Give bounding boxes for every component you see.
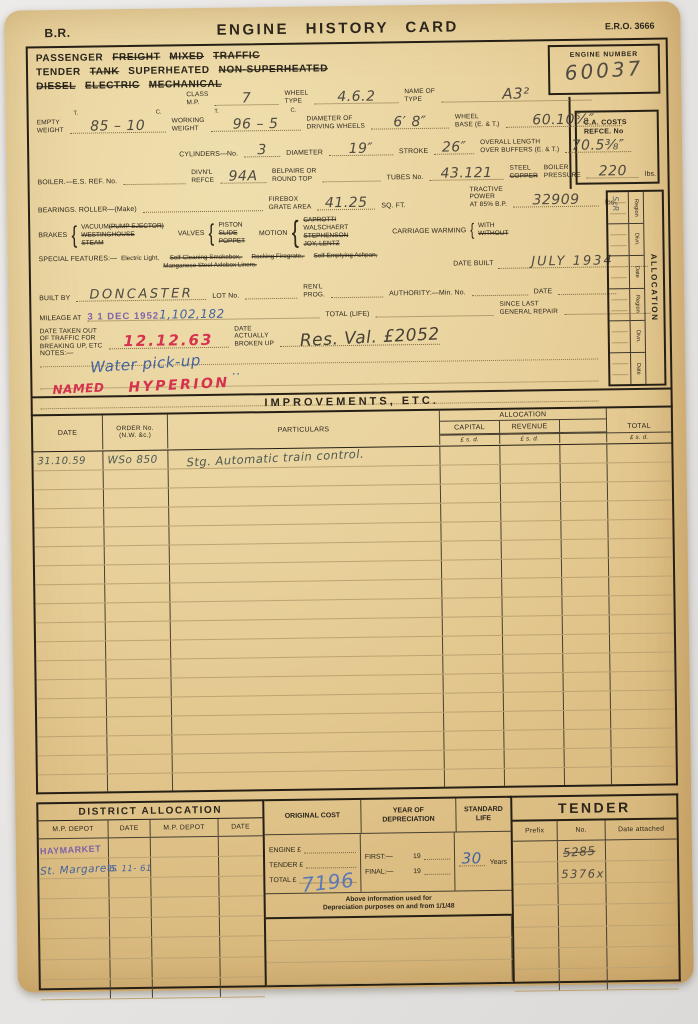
option-word: STEAM: [81, 239, 104, 247]
option-word: TENDER: [36, 67, 81, 79]
option-word: JOY, LENTZ: [304, 240, 340, 248]
engine-history-card: B.R. ENGINE HISTORY CARD E.R.O. 3666 PAS…: [4, 1, 694, 992]
named-label: NAMED: [52, 381, 105, 398]
allocation-strip: ScR Region Divn. Date Region Divn. Date …: [606, 190, 667, 387]
allocation-title: ALLOCATION: [644, 192, 665, 384]
improvements-title: IMPROVEMENTS, ETC.: [264, 395, 439, 409]
ditto-mark: ..: [232, 363, 241, 377]
option-word: MIXED: [169, 51, 204, 62]
option-word: Self-Cleaning Smokebox,: [170, 253, 243, 261]
total-life-field: [375, 301, 493, 318]
divnl-refce-field: 94A: [220, 168, 266, 184]
option-word: TANK: [90, 66, 120, 77]
option-word: Manganese Steel Axlebox Liners.: [163, 261, 257, 269]
water-pickup-note: Water pick-up: [90, 351, 202, 376]
tender-no-cell: 5376x: [558, 862, 606, 883]
cost-rules: [266, 916, 513, 985]
cost-depreciation-block: ORIGINAL COST YEAR OF DEPRECIATION STAND…: [264, 796, 515, 987]
date-stamp: 3 1 DEC 1952: [87, 311, 159, 323]
diameter-field: 19″: [329, 140, 393, 156]
motion-group: MOTION { CAPROTTI WALSCHAERT STEPHENSON …: [259, 216, 349, 248]
form-reference: E.R.O. 3666: [605, 21, 655, 32]
lsd-header: £ s. d.: [607, 431, 671, 442]
final-year-field: [424, 864, 450, 874]
original-cost-column: ENGINE £ TENDER £ TOTAL £ 7196: [265, 834, 362, 893]
tubes-field: 43.121: [429, 165, 503, 181]
allocation-divn-cell: [608, 224, 628, 256]
allocation-date-cell: [609, 256, 629, 288]
option-word: FREIGHT: [112, 52, 160, 64]
col-header-date: DATE: [33, 415, 103, 450]
tender-title: TENDER: [512, 795, 676, 821]
bottom-section: DISTRICT ALLOCATION M.P. DEPOT DATE M.P.…: [36, 793, 681, 990]
belpaire-field: [322, 167, 380, 183]
brace: {: [71, 226, 77, 245]
option-word: POPPET: [219, 237, 245, 245]
allocation-cells: ScR: [608, 192, 632, 384]
overall-length-field: 70.5⅜″: [565, 137, 631, 153]
notes-rule: [40, 381, 598, 390]
brakes-group: BRAKES { VACUUM (PUMP EJECTOR) WESTINGHO…: [38, 223, 164, 248]
col-header-revenue: REVENUE: [500, 420, 560, 434]
grate-area-field: 41.25: [317, 195, 375, 211]
scanned-engine-history-card-page: { "header": {"br": "B.R.", "title": "ENG…: [0, 0, 698, 1024]
brace: {: [470, 223, 474, 237]
wheel-base-field: 60.10⅝″: [505, 111, 621, 128]
driving-wheels-field: 6′ 8″: [371, 114, 449, 130]
tender-row: 5376x: [513, 861, 677, 885]
empty-row: [514, 946, 678, 970]
working-weight-field: T.C. 96 – 5: [210, 116, 300, 132]
col-header-total: TOTAL: [607, 407, 671, 432]
option-word: DIESEL: [36, 81, 76, 93]
steel-copper-label: STEELCOPPER: [509, 165, 538, 180]
equipment-row: BRAKES { VACUUM (PUMP EJECTOR) WESTINGHO…: [38, 212, 509, 255]
total-cost-value: 7196: [300, 868, 355, 897]
cost-content: ENGINE £ TENDER £ TOTAL £ 7196 FIRST:—19…: [265, 832, 512, 894]
district-rows: HAYMARKET St. Margarets 6. 11- 61: [39, 836, 265, 1000]
boiler-ref-field: [123, 169, 185, 185]
built-by-field: DONCASTER: [76, 285, 206, 302]
empty-row: [513, 882, 677, 906]
name-of-type-field: A3²: [441, 86, 591, 103]
empty-row: [515, 968, 679, 992]
option-word: TRAFFIC: [213, 50, 260, 62]
option-word: WITHOUT: [478, 230, 508, 238]
region-value: ScR: [611, 196, 620, 211]
spec-row-weights: EMPTY WEIGHT T.C. 85 – 10 WORKING WEIGHT…: [37, 102, 622, 134]
brace: {: [292, 221, 299, 245]
district-allocation-block: DISTRICT ALLOCATION M.P. DEPOT DATE M.P.…: [36, 799, 267, 990]
option-word: SUPERHEATED: [128, 65, 210, 77]
empty-row: [267, 960, 513, 985]
date-out-field: 12.12.63: [108, 333, 228, 350]
special-features-list: Electric Light, Self-Cleaning Smokebox, …: [121, 251, 449, 272]
depot-cell: HAYMARKET: [39, 838, 109, 858]
depreciation-column: FIRST:—19 FINAL:—19: [361, 833, 456, 892]
renl-prog-field: [331, 283, 383, 299]
option-word: NON-SUPERHEATED: [219, 63, 329, 76]
entry-particulars: Stg. Automatic train control.: [168, 447, 440, 469]
empty-row: [514, 904, 678, 928]
empty-row: [514, 925, 678, 949]
empty-weight-field: T.C. 85 – 10: [70, 118, 166, 134]
improvements-table: 31.10.59 WSo 850 Stg. Automatic train co…: [31, 443, 678, 794]
standard-life-column: 30 Years: [454, 832, 511, 890]
allocation-date-cell: [610, 353, 630, 384]
card-header: B.R. ENGINE HISTORY CARD E.R.O. 3666: [44, 16, 654, 42]
lot-no-field: [245, 284, 297, 300]
authority-field: [472, 280, 528, 296]
empty-row: [41, 977, 265, 1000]
standard-life-field: 30: [459, 856, 485, 866]
class-mp-field: 7: [214, 90, 278, 106]
mileage-field: 3 1 DEC 1952 1,102,182: [87, 303, 319, 321]
first-year-field: [424, 849, 450, 859]
main-details-box: PASSENGERFREIGHTMIXEDTRAFFIC TENDERTANKS…: [26, 38, 673, 399]
brace: {: [209, 224, 215, 243]
cylinders-field: 3: [244, 142, 280, 158]
spec-row-cylinders: CYLINDERS—No. 3 DIAMETER 19″ STROKE 26″ …: [179, 132, 631, 158]
stroke-field: 26″: [434, 139, 474, 155]
col-header-order: ORDER No. (N.W. &c.): [103, 415, 168, 450]
engine-cost-field: [304, 843, 356, 854]
tender-header: Prefix No. Date attached: [513, 819, 677, 841]
lsd-header: £ s. d.: [500, 433, 560, 444]
tender-rows: 5285 5376x: [513, 839, 679, 991]
engine-name: HYPERION: [128, 375, 230, 396]
option-word: Rocking Firegrate,: [251, 253, 304, 261]
spec-row-bearings: BEARINGS. ROLLER—(Make) FIREBOX GRATE AR…: [38, 182, 617, 214]
tender-block: TENDER Prefix No. Date attached 5285 537…: [512, 793, 681, 983]
option-word: PASSENGER: [36, 52, 104, 64]
entry-order: WSo 850: [103, 451, 168, 470]
tractive-power-field: 32909: [513, 191, 599, 207]
tender-no-cell: 5285: [558, 840, 606, 861]
tender-row: 5285: [513, 839, 677, 863]
bearings-field: [143, 196, 263, 213]
entry-date: 31.10.59: [33, 451, 103, 470]
boiler-pressure-field: 220: [587, 163, 639, 179]
col-header-particulars: PARTICULARS: [168, 411, 440, 449]
option-word: ELECTRIC: [85, 80, 140, 92]
allocation-region-cell: ScR: [608, 192, 628, 224]
col-header-blank: [560, 419, 607, 433]
lsd-header: £ s. d.: [440, 434, 500, 445]
allocation-divn-cell: [610, 321, 630, 353]
spec-row-boiler: BOILER.—E.S. REF. No. DIVN'L REFCE 94A B…: [37, 156, 656, 187]
card-title: ENGINE HISTORY CARD: [216, 18, 458, 38]
col-header-capital: CAPITAL: [440, 421, 500, 435]
railway-initials: B.R.: [44, 26, 70, 40]
option-word: Self-Emptying Ashpan,: [314, 252, 378, 260]
wheel-type-field: 4.6.2: [314, 88, 398, 104]
spec-row-class: CLASS M.P. 7 WHEEL TYPE 4.6.2 NAME OF TY…: [186, 79, 591, 107]
carriage-warming-group: CARRIAGE WARMING { WITH WITHOUT: [392, 222, 508, 239]
notes-label: NOTES:—: [40, 350, 74, 357]
allocation-region-cell: [609, 289, 629, 321]
option-word: Electric Light,: [121, 255, 161, 263]
option-word: WITH: [478, 222, 495, 230]
depot-cell: St. Margarets: [39, 858, 109, 878]
valves-group: VALVES { PISTON SLIDE POPPET: [178, 222, 245, 246]
cost-header: ORIGINAL COST YEAR OF DEPRECIATION STAND…: [264, 798, 510, 836]
